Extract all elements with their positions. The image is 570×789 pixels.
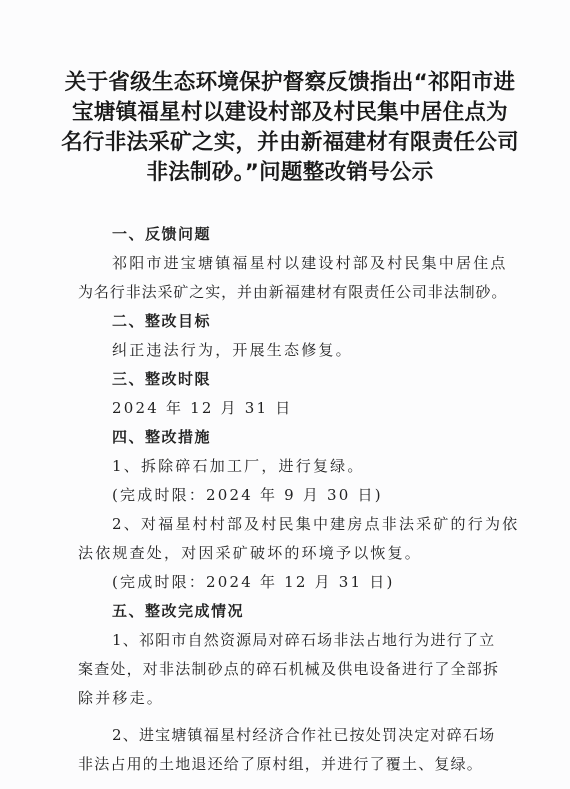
measure-1-text: 1、拆除碎石加工厂，进行复绿。 <box>78 452 518 481</box>
section-heading-feedback: 一、反馈问题 <box>78 220 518 249</box>
feedback-text-line-2: 为名行非法采矿之实，并由新福建材有限责任公司非法制砂。 <box>78 278 518 307</box>
section-heading-measures: 四、整改措施 <box>78 423 518 452</box>
document-title: 关于省级生态环境保护督察反馈指出“祁阳市进 宝塘镇福星村以建设村部及村民集中居住… <box>60 68 520 188</box>
section-heading-deadline: 三、整改时限 <box>78 365 518 394</box>
completion-1-line-3: 除并移走。 <box>78 684 518 713</box>
measure-2-text-line-1: 2、对福星村村部及村民集中建房点非法采矿的行为依 <box>78 510 518 539</box>
section-heading-goal: 二、整改目标 <box>78 307 518 336</box>
deadline-text: 2024 年 12 月 31 日 <box>78 394 518 423</box>
measure-1-deadline: (完成时限：2024 年 9 月 30 日) <box>78 481 518 510</box>
title-line-3: 名行非法采矿之实，并由新福建材有限责任公司 <box>60 128 520 158</box>
goal-text: 纠正违法行为，开展生态修复。 <box>78 336 518 365</box>
measure-2-deadline: (完成时限：2024 年 12 月 31 日) <box>78 568 518 597</box>
measure-2-text-line-2: 法依规查处，对因采矿破坏的环境予以恢复。 <box>78 539 518 568</box>
document-page: 关于省级生态环境保护督察反馈指出“祁阳市进 宝塘镇福星村以建设村部及村民集中居住… <box>0 0 570 789</box>
completion-1-line-1: 1、祁阳市自然资源局对碎石场非法占地行为进行了立 <box>78 626 518 655</box>
section-heading-completion: 五、整改完成情况 <box>78 597 518 626</box>
title-line-2: 宝塘镇福星村以建设村部及村民集中居住点为 <box>60 98 520 128</box>
document-body: 一、反馈问题 祁阳市进宝塘镇福星村以建设村部及村民集中居住点 为名行非法采矿之实… <box>78 220 518 779</box>
completion-2-line-1: 2、进宝塘镇福星村经济合作社已按处罚决定对碎石场 <box>78 721 518 750</box>
completion-1-line-2: 案查处，对非法制砂点的碎石机械及供电设备进行了全部拆 <box>78 655 518 684</box>
feedback-text-line-1: 祁阳市进宝塘镇福星村以建设村部及村民集中居住点 <box>78 249 518 278</box>
completion-2-line-2: 非法占用的土地退还给了原村组，并进行了覆土、复绿。 <box>78 750 518 779</box>
title-line-4: 非法制砂。”问题整改销号公示 <box>60 158 520 188</box>
title-line-1: 关于省级生态环境保护督察反馈指出“祁阳市进 <box>60 68 520 98</box>
